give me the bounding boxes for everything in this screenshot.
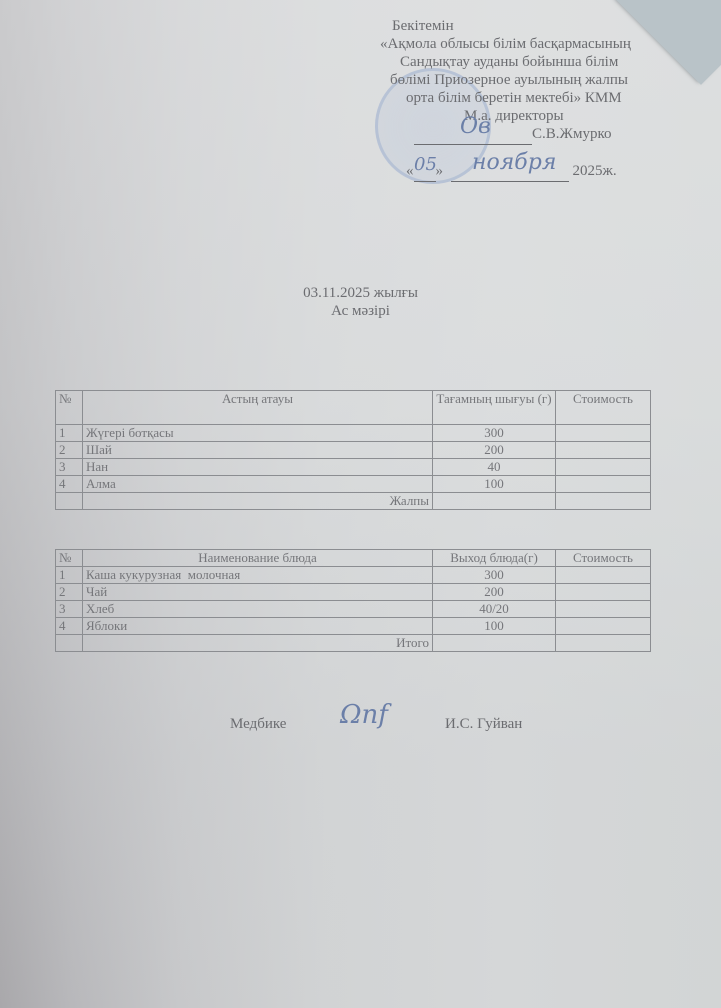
dish-yield: 300 xyxy=(433,567,556,584)
column-header-name: Астың атауы xyxy=(83,391,433,425)
total-label: Итого xyxy=(83,635,433,652)
dish-cost xyxy=(556,425,651,442)
row-number: 2 xyxy=(56,584,83,601)
date-day-handwritten: 05 xyxy=(414,156,437,174)
row-number: 4 xyxy=(56,476,83,493)
page-corner-fold xyxy=(616,0,721,85)
dish-yield: 40 xyxy=(433,459,556,476)
dish-cost xyxy=(556,476,651,493)
nurse-signature: Ωnf xyxy=(340,700,388,730)
approval-org-line-3: бөлімі Приозерное ауылының жалпы xyxy=(390,72,628,90)
dish-name: Нан xyxy=(83,459,433,476)
director-signature-line: С.В.Жмурко xyxy=(414,126,611,145)
row-number: 1 xyxy=(56,567,83,584)
dish-cost xyxy=(556,584,651,601)
table-header-row: № Астың атауы Тағамның шығуы (г) Стоимос… xyxy=(56,391,651,425)
dish-yield: 100 xyxy=(433,618,556,635)
table-row: 3 Нан 40 xyxy=(56,459,651,476)
dish-name: Шай xyxy=(83,442,433,459)
dish-cost xyxy=(556,567,651,584)
row-number: 3 xyxy=(56,459,83,476)
table-row: 3 Хлеб 40/20 xyxy=(56,601,651,618)
menu-date: 03.11.2025 жылғы xyxy=(0,285,721,302)
approval-org-line-4: орта білім беретін мектебі» КММ xyxy=(406,90,622,108)
column-header-cost: Стоимость xyxy=(556,391,651,425)
column-header-cost: Стоимость xyxy=(556,550,651,567)
total-label: Жалпы xyxy=(83,493,433,510)
row-number: 4 xyxy=(56,618,83,635)
dish-yield: 200 xyxy=(433,584,556,601)
table-row: 2 Чай 200 xyxy=(56,584,651,601)
date-month-handwritten: ноября xyxy=(472,154,556,172)
dish-yield: 300 xyxy=(433,425,556,442)
table-row: 4 Яблоки 100 xyxy=(56,618,651,635)
approval-title: Бекітемін xyxy=(392,18,454,36)
director-signature: Ов xyxy=(460,118,491,136)
document-page: Бекітемін «Ақмола облысы білім басқармас… xyxy=(0,0,721,1008)
total-cost xyxy=(556,635,651,652)
date-year: 2025ж. xyxy=(573,163,617,179)
column-header-number: № xyxy=(56,391,83,425)
dish-name: Жүгері ботқасы xyxy=(83,425,433,442)
row-number: 3 xyxy=(56,601,83,618)
row-number: 2 xyxy=(56,442,83,459)
column-header-yield: Тағамның шығуы (г) xyxy=(433,391,556,425)
table-header-row: № Наименование блюда Выход блюда(г) Стои… xyxy=(56,550,651,567)
dish-yield: 100 xyxy=(433,476,556,493)
dish-name: Каша кукурузная молочная xyxy=(83,567,433,584)
table-row: 4 Алма 100 xyxy=(56,476,651,493)
total-yield xyxy=(433,635,556,652)
total-empty-cell xyxy=(56,493,83,510)
dish-name: Хлеб xyxy=(83,601,433,618)
dish-name: Яблоки xyxy=(83,618,433,635)
nurse-role: Медбике xyxy=(230,716,286,733)
dish-cost xyxy=(556,618,651,635)
table-total-row: Жалпы xyxy=(56,493,651,510)
menu-table-ru: № Наименование блюда Выход блюда(г) Стои… xyxy=(55,549,651,652)
column-header-yield: Выход блюда(г) xyxy=(433,550,556,567)
dish-name: Алма xyxy=(83,476,433,493)
dish-name: Чай xyxy=(83,584,433,601)
dish-cost xyxy=(556,459,651,476)
table-total-row: Итого xyxy=(56,635,651,652)
table-row: 1 Жүгері ботқасы 300 xyxy=(56,425,651,442)
table-row: 2 Шай 200 xyxy=(56,442,651,459)
dish-yield: 200 xyxy=(433,442,556,459)
nurse-name: И.С. Гуйван xyxy=(445,716,522,733)
approval-org-line-2: Сандықтау ауданы бойынша білім xyxy=(400,54,618,72)
date-open-quote: « xyxy=(406,163,414,179)
total-yield xyxy=(433,493,556,510)
menu-table-kz: № Астың атауы Тағамның шығуы (г) Стоимос… xyxy=(55,390,651,510)
dish-cost xyxy=(556,601,651,618)
column-header-name: Наименование блюда xyxy=(83,550,433,567)
column-header-number: № xyxy=(56,550,83,567)
total-empty-cell xyxy=(56,635,83,652)
approval-org-line-1: «Ақмола облысы білім басқармасының xyxy=(380,36,631,54)
total-cost xyxy=(556,493,651,510)
row-number: 1 xyxy=(56,425,83,442)
menu-title: Ас мәзірі xyxy=(0,303,721,320)
director-name: С.В.Жмурко xyxy=(532,126,611,142)
dish-cost xyxy=(556,442,651,459)
table-row: 1 Каша кукурузная молочная 300 xyxy=(56,567,651,584)
dish-yield: 40/20 xyxy=(433,601,556,618)
